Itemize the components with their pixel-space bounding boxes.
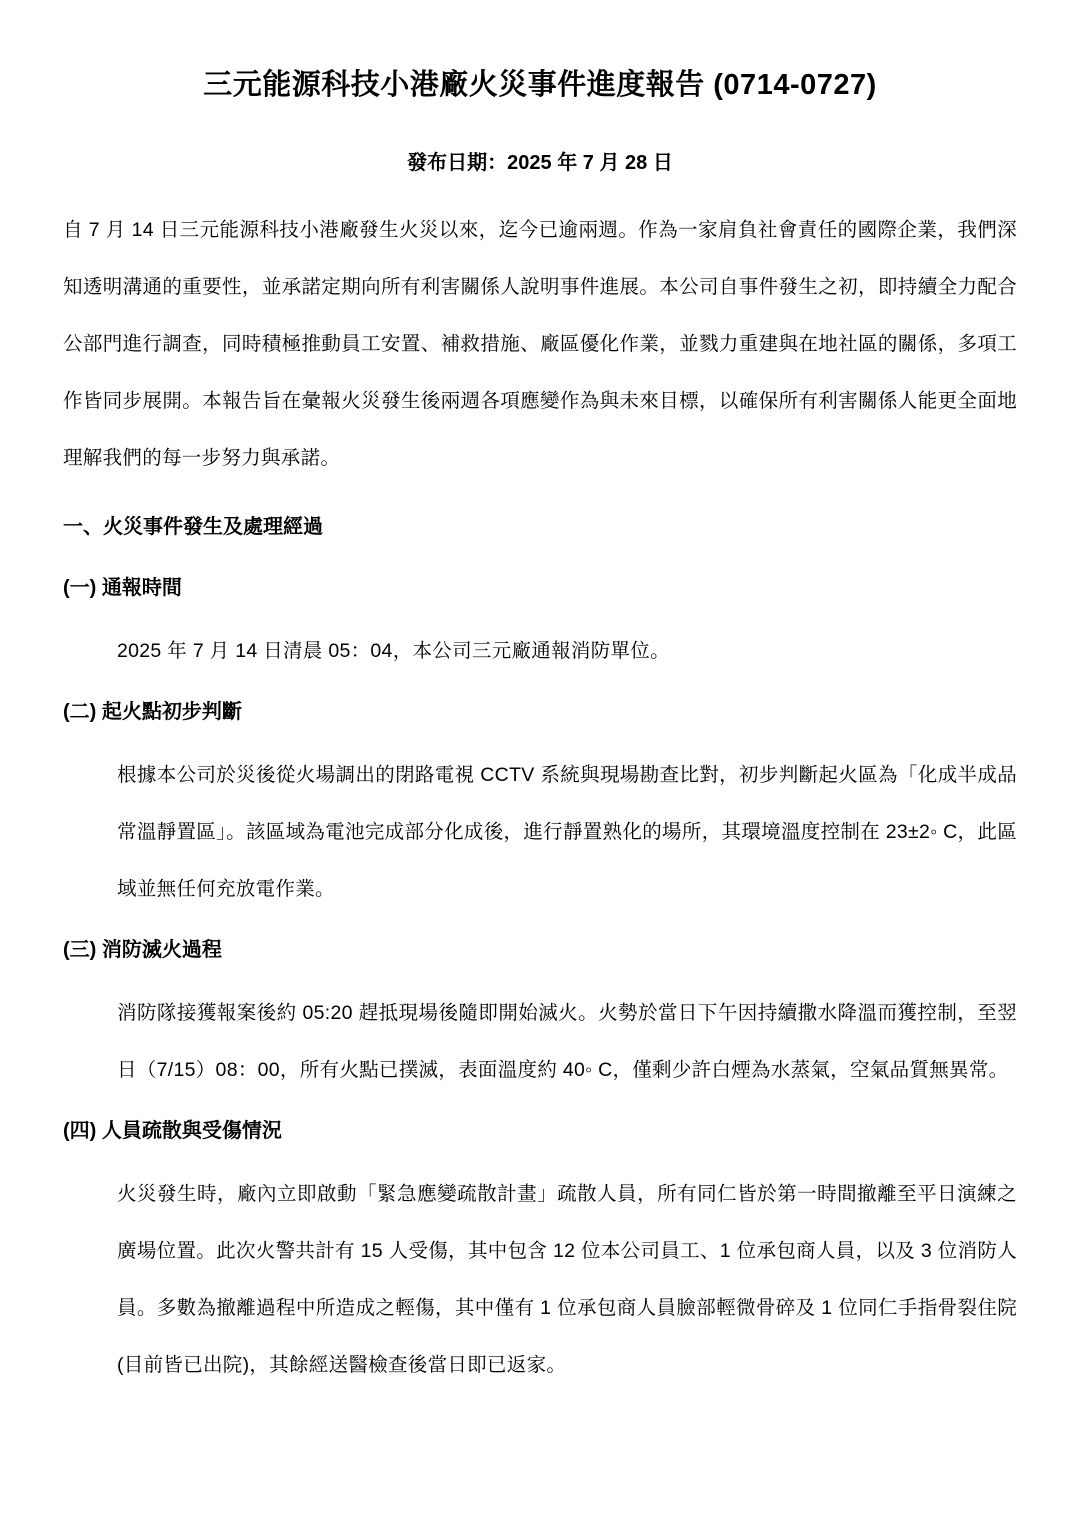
subsection-body-firefighting-process: 消防隊接獲報案後約 05:20 趕抵現場後隨即開始滅火。火勢於當日下午因持續撒水… [63, 985, 1017, 1099]
subsection-heading-fire-origin: (二) 起火點初步判斷 [63, 684, 1017, 741]
document-page: 三元能源科技小港廠火災事件進度報告 (0714-0727) 發布日期：2025 … [0, 0, 1080, 1528]
subsection-heading-evacuation-injuries: (四) 人員疏散與受傷情況 [63, 1103, 1017, 1160]
document-title: 三元能源科技小港廠火災事件進度報告 (0714-0727) [63, 62, 1017, 108]
subsection-body-evacuation-injuries: 火災發生時，廠內立即啟動「緊急應變疏散計畫」疏散人員，所有同仁皆於第一時間撤離至… [63, 1166, 1017, 1394]
publish-date: 發布日期：2025 年 7 月 28 日 [63, 148, 1017, 178]
intro-paragraph: 自 7 月 14 日三元能源科技小港廠發生火災以來，迄今已逾兩週。作為一家肩負社… [63, 202, 1017, 487]
subsection-body-notification-time: 2025 年 7 月 14 日清晨 05：04，本公司三元廠通報消防單位。 [63, 623, 1017, 680]
subsection-heading-firefighting-process: (三) 消防滅火過程 [63, 922, 1017, 979]
section-heading-fire-incident: 一、火災事件發生及處理經過 [63, 499, 1017, 556]
subsection-heading-notification-time: (一) 通報時間 [63, 560, 1017, 617]
subsection-body-fire-origin: 根據本公司於災後從火場調出的閉路電視 CCTV 系統與現場勘查比對，初步判斷起火… [63, 747, 1017, 918]
